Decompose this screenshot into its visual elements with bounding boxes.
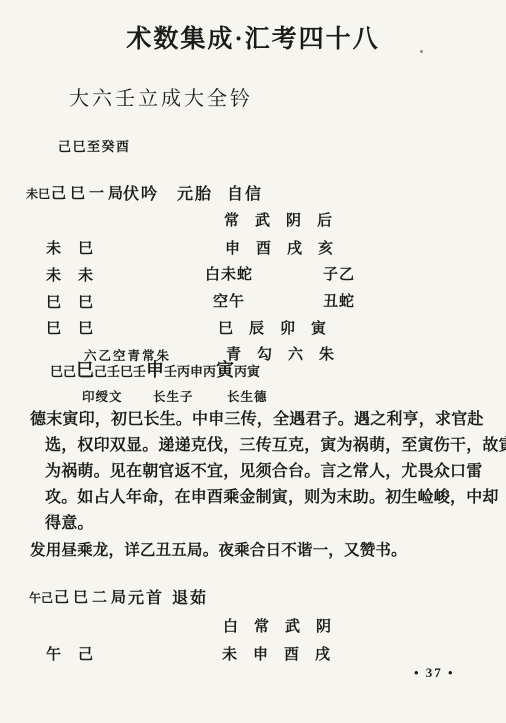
god-cell: 阴 <box>316 620 347 635</box>
ju1-prefix: 未巳 <box>26 187 50 201</box>
ju2-row1-branches: 未申酉戌 <box>222 647 346 663</box>
commentary-line: 为祸萌。见在朝官返不宜，见须合台。言之常人，尤畏众口雷 <box>45 464 482 480</box>
page-title: 术数集成·汇考四十八 <box>0 27 506 52</box>
branch-cell: 戌 <box>287 242 318 257</box>
ju1-row3-end: 丑蛇 <box>323 295 355 310</box>
god-cell: 朱 <box>319 348 350 363</box>
ju1-row4-left: 巳巳 <box>46 321 110 337</box>
ju1-tag-zixin: 自信 <box>227 187 263 203</box>
branch-cell: 辰 <box>249 322 280 337</box>
book-subtitle: 大六壬立成大全钤 <box>69 89 253 109</box>
ju1-name: 己巳一局 <box>51 186 127 202</box>
usage-note: 发用昼乘龙，详乙丑五局。夜乘合日不谐一，又赞书。 <box>30 543 407 559</box>
commentary-line: 德末寅印，初巳长生。中申三传，全遇君子。遇之利亨，求官赴 <box>30 412 484 428</box>
god-cell: 武 <box>255 214 286 229</box>
god-cell: 阴 <box>286 214 317 229</box>
god-cell: 勾 <box>257 348 288 363</box>
branch-cell: 午 <box>46 648 78 663</box>
ju1-row1-left: 未巳 <box>46 241 110 257</box>
ju1-header: 未巳己巳一局 <box>26 186 127 202</box>
sanchuan-token: 己壬巳壬 <box>94 364 146 379</box>
ju1-row2-left: 未未 <box>46 268 110 284</box>
god-cell: 白 <box>223 620 254 635</box>
branch-cell: 酉 <box>256 242 287 257</box>
god-cell: 武 <box>285 620 316 635</box>
sanchuan-token: 巳己 <box>50 364 76 379</box>
sanchuan-token: 丙寅 <box>234 364 260 379</box>
ju1-note-changsheng-de: 长生德 <box>227 391 268 404</box>
god-cell: 常 <box>224 214 255 229</box>
branch-cell: 巳 <box>218 322 249 337</box>
ju1-row2-mid: 白未蛇 <box>205 268 253 283</box>
god-cell: 六 <box>288 348 319 363</box>
scan-speck <box>420 50 423 53</box>
commentary-line: 得意。 <box>45 516 94 532</box>
branch-cell: 巳 <box>78 242 110 257</box>
branch-cell: 巳 <box>46 322 78 337</box>
ju1-sanchuan-line: 巳己巳己壬巳壬申壬丙申丙寅丙寅 <box>50 361 260 380</box>
branch-cell: 未 <box>46 269 78 284</box>
section-heading: 己巳至癸酉 <box>58 140 131 153</box>
ju1-row2-end: 子乙 <box>323 268 355 283</box>
ju2-tag-yuanshou: 元首 <box>128 591 164 607</box>
branch-cell: 酉 <box>284 648 315 663</box>
ju2-header: 午己己巳二局 <box>29 590 130 606</box>
sanchuan-token: 壬丙申丙 <box>164 364 216 379</box>
branch-cell: 寅 <box>311 322 342 337</box>
ju2-row1-left: 午己 <box>46 647 110 663</box>
god-cell: 常 <box>254 620 285 635</box>
branch-cell: 未 <box>78 269 110 284</box>
ju1-note-changsheng-zi: 长生子 <box>153 391 194 404</box>
ju1-row3-mid: 空午 <box>213 295 245 310</box>
ju1-tag-yuantai: 元胎 <box>177 187 213 203</box>
page-number: • 37 • <box>414 666 455 679</box>
branch-cell: 巳 <box>78 296 110 311</box>
ju1-row3-left: 巳巳 <box>46 295 110 311</box>
branch-cell: 申 <box>253 648 284 663</box>
branch-cell: 申 <box>225 242 256 257</box>
book-page: 术数集成·汇考四十八 大六壬立成大全钤 己巳至癸酉 未巳己巳一局 伏吟 元胎 自… <box>0 0 506 723</box>
branch-cell: 未 <box>222 648 253 663</box>
branch-cell: 己 <box>78 648 110 663</box>
god-cell: 后 <box>317 214 348 229</box>
branch-cell: 亥 <box>318 242 349 257</box>
sanchuan-token: 巳 <box>76 360 94 380</box>
ju1-tag-fuyin: 伏吟 <box>123 187 159 203</box>
ju2-tag-tuiru: 退茹 <box>172 591 208 607</box>
branch-cell: 戌 <box>315 648 346 663</box>
branch-cell: 巳 <box>78 322 110 337</box>
branch-cell: 巳 <box>46 296 78 311</box>
ju1-note-yinshou: 印绶文 <box>82 391 123 404</box>
branch-cell: 未 <box>46 242 78 257</box>
ju1-row4-branches: 巳辰卯寅 <box>218 321 342 337</box>
commentary-line: 选，权印双显。递递克伐，三传互克，寅为祸萌，至寅伤干，故寅 <box>45 438 506 454</box>
sanchuan-token: 寅 <box>216 360 234 380</box>
ju2-gods-row: 白常武阴 <box>223 619 347 635</box>
commentary-line: 攻。如占人年命，在申酉乘金制寅，则为末助。初生崄峻，中却 <box>45 490 499 506</box>
ju1-gods-row: 常武阴后 <box>224 213 348 229</box>
ju1-row1-branches: 申酉戌亥 <box>225 241 349 257</box>
ju2-name: 己巳二局 <box>54 590 130 606</box>
branch-cell: 卯 <box>280 322 311 337</box>
sanchuan-token: 申 <box>146 360 164 380</box>
ju2-prefix: 午己 <box>29 591 53 605</box>
